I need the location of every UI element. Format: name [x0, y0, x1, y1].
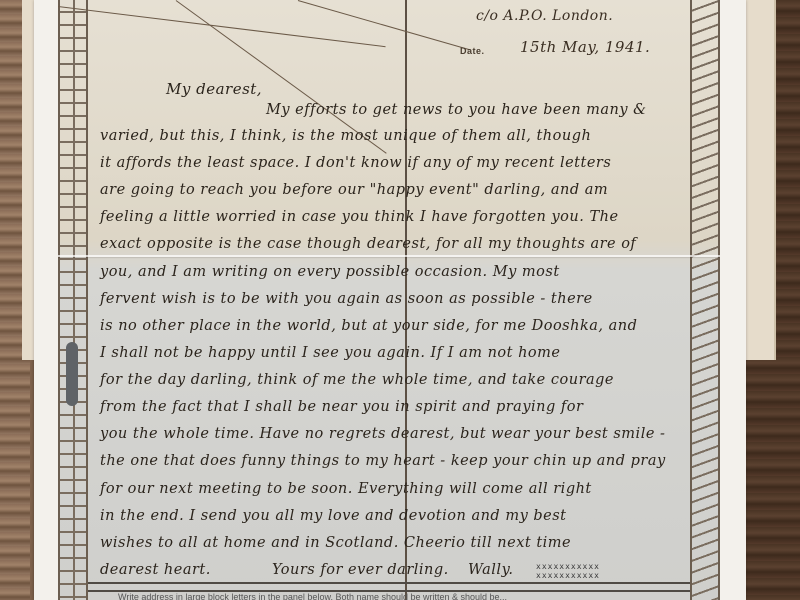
letter-line: you the whole time. Have no regrets dear… — [100, 426, 665, 442]
letter-line: is no other place in the world, but at y… — [100, 318, 637, 334]
letter-line: you, and I am writing on every possible … — [100, 264, 560, 280]
signature: Wally. — [468, 562, 513, 578]
letter-line: in the end. I send you all my love and d… — [100, 508, 567, 524]
salutation: My dearest, — [166, 80, 262, 98]
kisses: xxxxxxxxxxx xxxxxxxxxxx — [536, 562, 600, 580]
airgraph-letter: c/o A.P.O. London. Date. 15th May, 1941.… — [58, 0, 720, 600]
letter-line: are going to reach you before our "happy… — [100, 182, 608, 198]
address-instructions: Write address in large block letters in … — [118, 592, 507, 600]
letter-line: I shall not be happy until I see you aga… — [100, 345, 561, 361]
letter-line: fervent wish is to be with you again as … — [100, 291, 593, 307]
binder-tab — [66, 342, 78, 406]
letter-line: for our next meeting to be soon. Everyth… — [100, 481, 592, 497]
closing: Yours for ever darling. — [272, 562, 449, 578]
letter-line: feeling a little worried in case you thi… — [100, 209, 619, 225]
sender-address: c/o A.P.O. London. — [476, 8, 613, 24]
ladder-border-left — [58, 0, 88, 600]
letter-line: the one that does funny things to my hea… — [100, 453, 666, 469]
bottom-double-rule — [88, 582, 690, 592]
letter-line: for the day darling, think of me the who… — [100, 372, 614, 388]
letter-line: it affords the least space. I don't know… — [100, 155, 611, 171]
kisses-row: xxxxxxxxxxx — [536, 571, 600, 580]
letter-date: 15th May, 1941. — [520, 38, 650, 56]
letter-line: exact opposite is the case though deares… — [100, 236, 636, 252]
paper-crease — [298, 0, 471, 51]
letter-line: My efforts to get news to you have been … — [266, 102, 647, 118]
letter-line: dearest heart. — [100, 562, 211, 578]
kisses-row: xxxxxxxxxxx — [536, 562, 600, 571]
letter-line: wishes to all at home and in Scotland. C… — [100, 535, 571, 551]
letter-line: varied, but this, I think, is the most u… — [100, 128, 591, 144]
letter-line: from the fact that I shall be near you i… — [100, 399, 583, 415]
horizontal-fold — [58, 255, 720, 257]
date-label: Date. — [460, 46, 485, 56]
hatched-border-right — [690, 0, 720, 600]
